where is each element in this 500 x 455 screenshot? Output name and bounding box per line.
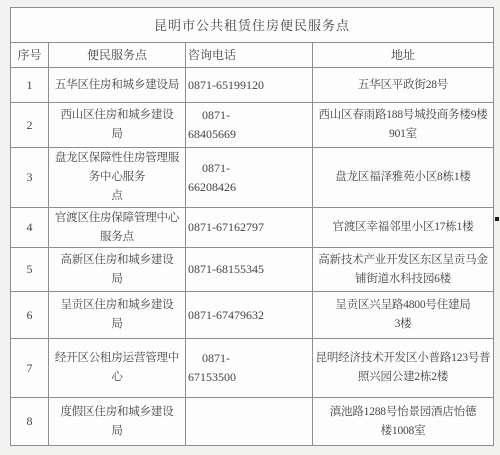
cell-phone: [186, 398, 313, 446]
cell-phone: 0871-68155345: [186, 248, 313, 292]
cell-address: 盘龙区福泽雅苑小区8栋1楼: [313, 148, 494, 208]
cell-service-point: 五华区住房和城乡建设局: [49, 68, 186, 103]
cell-phone: 0871- 66208426: [186, 148, 313, 208]
table-body: 1五华区住房和城乡建设局0871-65199120五华区平政街28号2西山区住房…: [11, 68, 494, 446]
table-row: 7经开区公租房运营管理中 心0871- 67153500昆明经济技术开发区小普路…: [11, 339, 494, 398]
table-title-row: 昆明市公共租赁住房便民服务点: [11, 8, 494, 43]
cell-no: 2: [11, 103, 49, 148]
cell-address: 官渡区幸福邻里小区17栋1楼: [313, 208, 494, 248]
cell-no: 5: [11, 248, 49, 292]
cell-address: 滇池路1288号怡景园酒店怡德 楼1008室: [313, 398, 494, 446]
cell-address: 高新技术产业开发区东区呈贡马金 铺街道水科技园6楼: [313, 248, 494, 292]
table-row: 8度假区住房和城乡建设 局滇池路1288号怡景园酒店怡德 楼1008室: [11, 398, 494, 446]
page: 昆明市公共租赁住房便民服务点 序号 便民服务点 咨询电话 地址 1五华区住房和城…: [0, 0, 500, 455]
cell-phone: 0871- 67153500: [186, 339, 313, 398]
cell-no: 3: [11, 148, 49, 208]
cell-no: 4: [11, 208, 49, 248]
table-header-row: 序号 便民服务点 咨询电话 地址: [11, 43, 494, 68]
cell-no: 1: [11, 68, 49, 103]
table-row: 6呈贡区住房和城乡建设 局0871-67479632呈贡区兴呈路4800号住建局…: [11, 292, 494, 339]
cell-service-point: 经开区公租房运营管理中 心: [49, 339, 186, 398]
cell-phone: 0871-67162797: [186, 208, 313, 248]
cell-service-point: 呈贡区住房和城乡建设 局: [49, 292, 186, 339]
col-header-service-point: 便民服务点: [49, 43, 186, 68]
table-row: 2西山区住房和城乡建设 局0871- 68405669西山区春雨路188号城投商…: [11, 103, 494, 148]
service-points-table: 昆明市公共租赁住房便民服务点 序号 便民服务点 咨询电话 地址 1五华区住房和城…: [10, 7, 494, 446]
cell-service-point: 西山区住房和城乡建设 局: [49, 103, 186, 148]
col-header-no: 序号: [11, 43, 49, 68]
cell-service-point: 盘龙区保障性住房管理服 务中心服务 点: [49, 148, 186, 208]
cell-service-point: 高新区住房和城乡建设 局: [49, 248, 186, 292]
cell-address: 五华区平政街28号: [313, 68, 494, 103]
cell-service-point: 官渡区住房保障管理中心 服务点: [49, 208, 186, 248]
cell-phone: 0871-65199120: [186, 68, 313, 103]
table-row: 1五华区住房和城乡建设局0871-65199120五华区平政街28号: [11, 68, 494, 103]
cell-phone: 0871- 68405669: [186, 103, 313, 148]
cell-address: 呈贡区兴呈路4800号住建局 3楼: [313, 292, 494, 339]
cell-no: 6: [11, 292, 49, 339]
cell-address: 昆明经济技术开发区小普路123号普 照兴园公建2栋2楼: [313, 339, 494, 398]
cell-phone: 0871-67479632: [186, 292, 313, 339]
table-row: 4官渡区住房保障管理中心 服务点0871-67162797官渡区幸福邻里小区17…: [11, 208, 494, 248]
cell-service-point: 度假区住房和城乡建设 局: [49, 398, 186, 446]
table-title: 昆明市公共租赁住房便民服务点: [11, 8, 494, 43]
col-header-phone: 咨询电话: [186, 43, 313, 68]
cell-no: 7: [11, 339, 49, 398]
artifact-dot: [495, 217, 499, 221]
table-row: 5高新区住房和城乡建设 局0871-68155345高新技术产业开发区东区呈贡马…: [11, 248, 494, 292]
cell-no: 8: [11, 398, 49, 446]
table-row: 3盘龙区保障性住房管理服 务中心服务 点0871- 66208426盘龙区福泽雅…: [11, 148, 494, 208]
cell-address: 西山区春雨路188号城投商务楼9楼 901室: [313, 103, 494, 148]
col-header-address: 地址: [313, 43, 494, 68]
